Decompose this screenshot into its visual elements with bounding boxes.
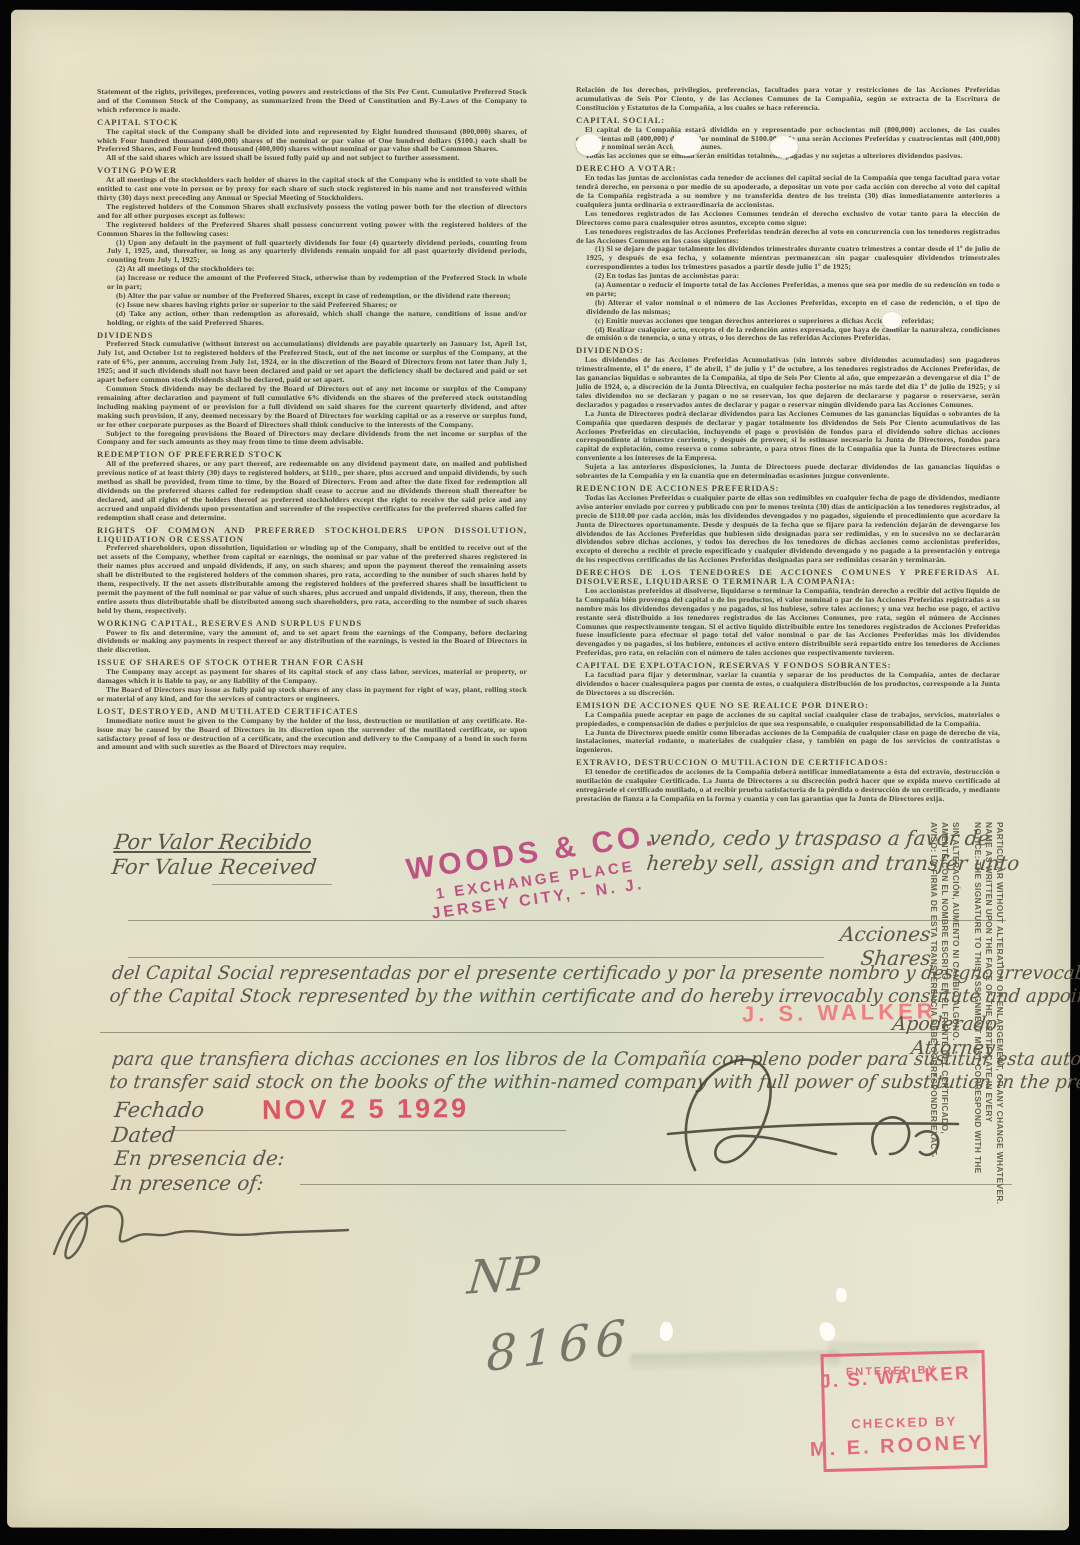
legal-paragraph: Statement of the rights, privileges, pre… — [97, 88, 527, 115]
legal-paragraph: All of the said shares which are issued … — [97, 154, 527, 163]
signature-witness — [48, 1182, 358, 1272]
verification-stamp-box: ENTERED BY J. S. WALKER CHECKED BY M. E.… — [820, 1350, 987, 1472]
pencil-note-np: NP — [465, 1245, 542, 1304]
por-valor-label: Por Valor Recibido — [113, 830, 320, 855]
legal-paragraph: The registered holders of the Common Sha… — [97, 203, 527, 221]
notice-line: PARTICULAR WITHOUT ALTERATION OR ENLARGE… — [994, 822, 1005, 1224]
section-heading: DIVIDENDS — [97, 331, 527, 340]
punch-hole — [770, 136, 798, 158]
legal-paragraph: Common Stock dividends may be declared b… — [97, 385, 527, 430]
legal-paragraph: (b) Alterar el valor nominal o el número… — [586, 299, 1000, 317]
legal-paragraph: Sujeta a las anteriores disposiciones, l… — [576, 463, 1000, 481]
section-heading: REDENCION DE ACCIONES PREFERIDAS: — [576, 484, 1000, 493]
legal-paragraph: Los tenedores registrados de las Accione… — [576, 210, 1000, 228]
legal-paragraph: Los tenedores registrados de las Accione… — [576, 228, 1000, 246]
section-heading: CAPITAL DE EXPLOTACION, RESERVAS Y FONDO… — [576, 661, 1000, 670]
legal-paragraph: Preferred Stock cumulative (without inte… — [97, 340, 527, 385]
section-heading: RIGHTS OF COMMON AND PREFERRED STOCKHOLD… — [97, 526, 527, 544]
transfer-notice-vertical: AVISO: LA FIRMA DE ESTA TRANSFERENCIA DE… — [928, 822, 1014, 1224]
blank-line — [100, 1032, 952, 1033]
legal-paragraph: Power to fix and determine, vary the amo… — [97, 629, 527, 656]
punch-hole — [672, 132, 702, 156]
legal-paragraph: (a) Increase or reduce the amount of the… — [107, 274, 527, 292]
notice-line: NOTICE: THE SIGNATURE TO THIS ASSIGNMENT… — [972, 822, 983, 1224]
entered-name-stamp: J. S. WALKER — [820, 1363, 972, 1394]
fechado-label: Fechado — [113, 1098, 205, 1123]
aviso-line: AVISO: LA FIRMA DE ESTA TRANSFERENCIA DE… — [928, 822, 939, 1224]
legal-paragraph: La Junta de Directores podrá declarar di… — [576, 410, 1000, 463]
section-heading: EMISION DE ACCIONES QUE NO SE REALICE PO… — [576, 701, 1000, 710]
legal-paragraph: En todas las juntas de accionistas cada … — [576, 174, 1000, 210]
blank-line — [212, 884, 332, 885]
date-stamp: NOV 2 5 1929 — [262, 1093, 469, 1126]
section-heading: VOTING POWER — [97, 166, 527, 175]
blank-line — [128, 920, 1006, 921]
section-heading: WORKING CAPITAL, RESERVES AND SURPLUS FU… — [97, 619, 527, 628]
legal-paragraph: La Junta de Directores puede emitir como… — [576, 729, 1000, 756]
legal-paragraph: Los accionistas preferidos al disolverse… — [576, 587, 1000, 658]
section-heading: ISSUE OF SHARES OF STOCK OTHER THAN FOR … — [97, 658, 527, 667]
punch-hole — [882, 312, 902, 329]
legal-paragraph: The Board of Directors may issue as full… — [97, 686, 527, 704]
acciones-label: Acciones — [836, 922, 935, 946]
section-heading: LOST, DESTROYED, AND MUTILATED CERTIFICA… — [97, 707, 527, 716]
aviso-line: AMENTE CON EL NOMBRE ESCRITO EN EL FRENT… — [939, 822, 950, 1224]
section-heading: DIVIDENDOS: — [576, 346, 1000, 355]
legal-paragraph: The Company may accept as payment for sh… — [97, 668, 527, 686]
legal-paragraph: Preferred shareholders, upon dissolution… — [97, 544, 527, 615]
section-heading: REDEMPTION OF PREFERRED STOCK — [97, 450, 527, 459]
blank-line — [128, 957, 824, 958]
legal-paragraph: (a) Aumentar o reducir el importe total … — [586, 281, 1000, 299]
legal-paragraph: (1) Si se dejare de pagar totalmente los… — [586, 245, 1000, 272]
legal-paragraph: (1) Upon any default in the payment of f… — [107, 239, 527, 266]
legal-paragraph: (d) Take any action, other than redempti… — [107, 310, 527, 328]
spanish-terms-column: Relación de los derechos, privilegios, p… — [576, 86, 1000, 844]
section-heading: EXTRAVIO, DESTRUCCION O MUTILACION DE CE… — [576, 758, 1000, 767]
section-heading: DERECHOS DE LOS TENEDORES DE ACCIONES CO… — [576, 568, 1000, 586]
aviso-line: SIN ALTERACIÓN, AUMENTO NI CAMBIO ALGUNO… — [950, 822, 961, 1224]
section-heading: CAPITAL STOCK — [97, 118, 527, 127]
legal-paragraph: At all meetings of the stockholders each… — [97, 176, 527, 203]
legal-paragraph: The capital stock of the Company shall b… — [97, 128, 527, 155]
legal-paragraph: Subject to the foregoing provisions the … — [97, 430, 527, 448]
section-heading: DERECHO A VOTAR: — [576, 164, 1000, 173]
legal-paragraph: La Compañía puede aceptar en pago de acc… — [576, 711, 1000, 729]
legal-paragraph: Todas las Acciones Preferidas o cualquie… — [576, 494, 1000, 565]
legal-paragraph: The registered holders of the Preferred … — [97, 221, 527, 239]
english-terms-column: Statement of the rights, privileges, pre… — [97, 88, 527, 824]
signature-potter-co — [640, 1038, 970, 1198]
certificate-back: Statement of the rights, privileges, pre… — [0, 0, 1080, 1545]
checked-by-stamp: CHECKED BY — [851, 1414, 957, 1432]
legal-paragraph: (d) Realizar cualquier acto, excepto el … — [586, 326, 1000, 344]
punch-hole — [576, 134, 602, 156]
section-heading: CAPITAL SOCIAL: — [576, 116, 1000, 125]
legal-paragraph: Relación de los derechos, privilegios, p… — [576, 86, 1000, 113]
legal-paragraph: Los dividendos de las Acciones Preferida… — [576, 356, 1000, 409]
legal-paragraph: El tenedor de certificados de acciones d… — [576, 768, 1000, 804]
legal-paragraph: Immediate notice must be given to the Co… — [97, 717, 527, 753]
paper-nick — [836, 1288, 847, 1302]
notice-line: NAME AS WRITTEN UPON THE FACE OF THE CER… — [983, 822, 994, 1224]
legal-paragraph: All of the preferred shares, or any part… — [97, 460, 527, 522]
for-value-label: For Value Received — [110, 855, 317, 880]
date-line — [168, 1130, 566, 1131]
legal-paragraph: La facultad para fijar y determinar, var… — [576, 671, 1000, 698]
dated-label: Dated — [110, 1123, 202, 1148]
checked-name-stamp: M. E. ROONEY — [810, 1431, 986, 1462]
en-presencia-label: En presencia de: — [113, 1146, 286, 1171]
